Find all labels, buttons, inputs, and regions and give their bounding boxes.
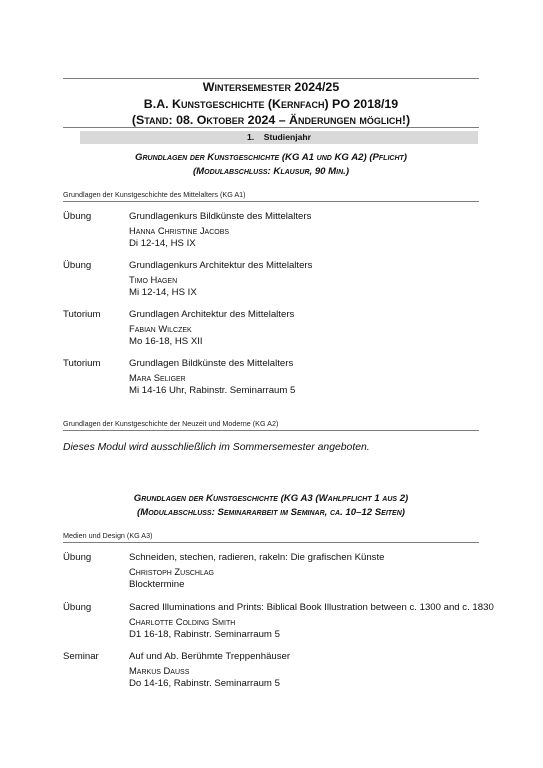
module-heading: Grundlagen der Kunstgeschichte (KG A3 (W… bbox=[63, 492, 479, 519]
section-rule bbox=[63, 201, 479, 202]
section-label-kg-a2: Grundlagen der Kunstgeschichte der Neuze… bbox=[63, 419, 278, 428]
study-year-band: 1. Studienjahr bbox=[80, 131, 478, 144]
section-label-kg-a1: Grundlagen der Kunstgeschichte des Mitte… bbox=[63, 190, 246, 199]
course-type: Tutorium bbox=[63, 308, 123, 322]
course-time: Mi 14-16 Uhr, Rabinstr. Seminarraum 5 bbox=[129, 384, 295, 398]
course-type: Übung bbox=[63, 601, 123, 615]
course-type: Übung bbox=[63, 210, 123, 224]
module-heading: Grundlagen der Kunstgeschichte (KG A1 un… bbox=[63, 151, 479, 178]
course-time: D1 16-18, Rabinstr. Seminarraum 5 bbox=[129, 628, 494, 642]
module-exam: (Modulabschluss: Klausur, 90 Min.) bbox=[63, 165, 479, 179]
course-type: Tutorium bbox=[63, 357, 123, 371]
course-time: Mo 16-18, HS XII bbox=[129, 335, 294, 349]
course-title: Sacred Illuminations and Prints: Biblica… bbox=[129, 601, 494, 615]
module-notice: Dieses Modul wird ausschließlich im Somm… bbox=[63, 441, 370, 455]
header-bottom-rule bbox=[63, 127, 479, 128]
course-title: Grundlagenkurs Bildkünste des Mittelalte… bbox=[129, 210, 311, 224]
course-type: Übung bbox=[63, 551, 123, 565]
course-lecturer: Fabian Wilczek bbox=[129, 322, 294, 336]
course-title: Grundlagenkurs Architektur des Mittelalt… bbox=[129, 259, 312, 273]
section-rule bbox=[63, 542, 479, 543]
semester-title: Wintersemester 2024/25 bbox=[63, 79, 479, 96]
course-type: Seminar bbox=[63, 650, 123, 664]
course-type: Übung bbox=[63, 259, 123, 273]
course-title: Grundlagen Bildkünste des Mittelalters bbox=[129, 357, 295, 371]
course-time: Mi 12-14, HS IX bbox=[129, 286, 312, 300]
document-title: Wintersemester 2024/25 B.A. Kunstgeschic… bbox=[63, 79, 479, 129]
course-lecturer: Markus Dauss bbox=[129, 664, 290, 678]
document-page: Wintersemester 2024/25 B.A. Kunstgeschic… bbox=[0, 0, 543, 768]
module-exam: (Modulabschluss: Seminararbeit im Semina… bbox=[63, 506, 479, 520]
course-time: Blocktermine bbox=[129, 578, 384, 592]
study-year-number: 1. bbox=[247, 132, 254, 142]
course-title: Schneiden, stechen, radieren, rakeln: Di… bbox=[129, 551, 384, 565]
course-lecturer: Mara Seliger bbox=[129, 371, 295, 385]
course-lecturer: Christoph Zuschlag bbox=[129, 565, 384, 579]
course-lecturer: Timo Hagen bbox=[129, 273, 312, 287]
course-lecturer: Hanna Christine Jacobs bbox=[129, 224, 311, 238]
module-title: Grundlagen der Kunstgeschichte (KG A3 (W… bbox=[63, 492, 479, 506]
course-title: Grundlagen Architektur des Mittelalters bbox=[129, 308, 294, 322]
section-label-kg-a3: Medien und Design (KG A3) bbox=[63, 531, 153, 540]
course-time: Di 12-14, HS IX bbox=[129, 237, 311, 251]
section-rule bbox=[63, 430, 479, 431]
course-title: Auf und Ab. Berühmte Treppenhäuser bbox=[129, 650, 290, 664]
module-title: Grundlagen der Kunstgeschichte (KG A1 un… bbox=[63, 151, 479, 165]
course-time: Do 14-16, Rabinstr. Seminarraum 5 bbox=[129, 677, 290, 691]
study-year-label: Studienjahr bbox=[264, 132, 311, 142]
course-lecturer: Charlotte Colding Smith bbox=[129, 615, 494, 629]
program-title: B.A. Kunstgeschichte (Kernfach) PO 2018/… bbox=[63, 96, 479, 113]
